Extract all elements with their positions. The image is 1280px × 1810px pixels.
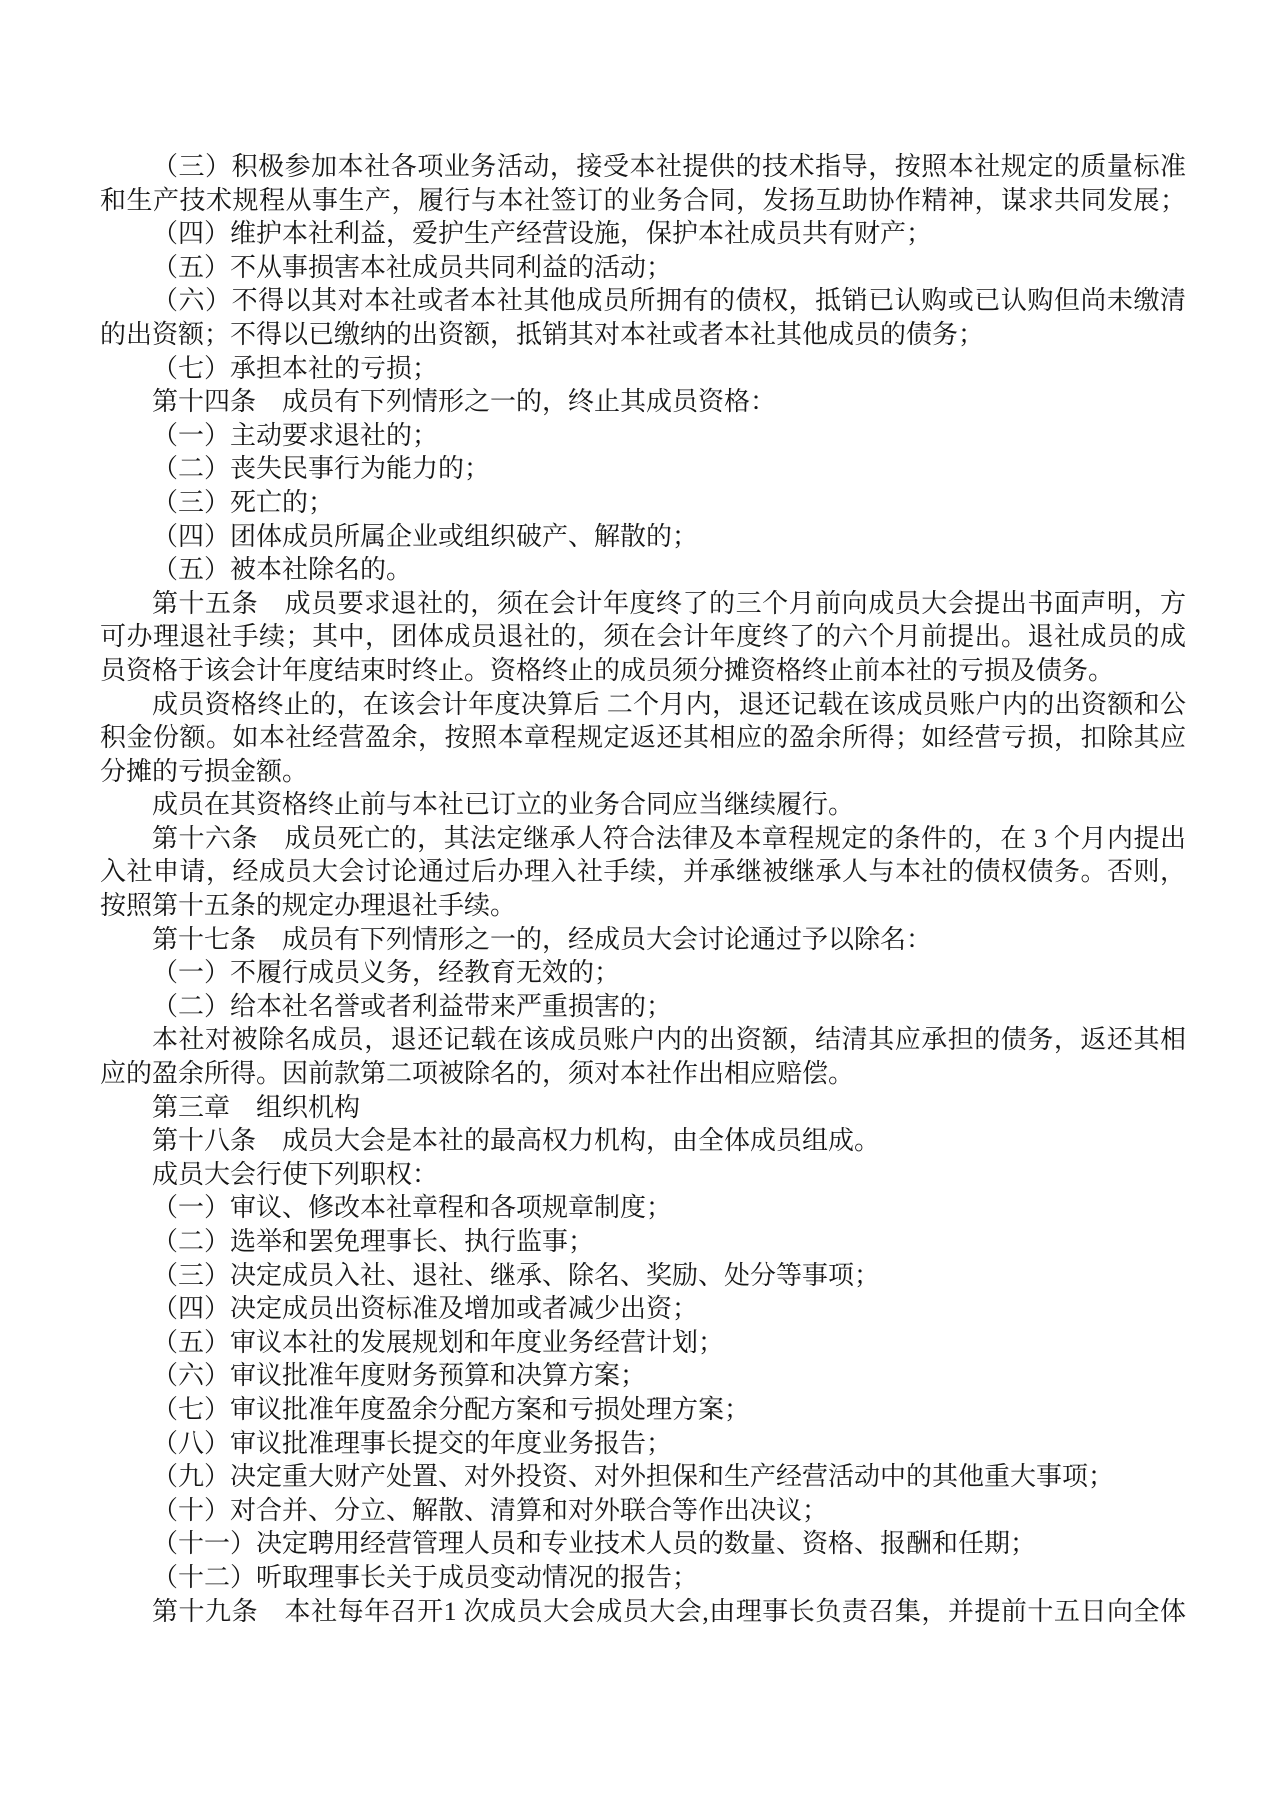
text-line: 第十五条 成员要求退社的，须在会计年度终了的三个月前向成员大会提出书面声明，方 (100, 587, 1186, 621)
text-line: 入社申请，经成员大会讨论通过后办理入社手续，并承继被继承人与本社的债权债务。否则… (100, 855, 1186, 889)
document-page: （三）积极参加本社各项业务活动，接受本社提供的技术指导，按照本社规定的质量标准和… (0, 0, 1280, 1810)
text-line: 第三章 组织机构 (100, 1091, 1186, 1125)
text-line: （十）对合并、分立、解散、清算和对外联合等作出决议； (100, 1494, 1186, 1528)
text-line: （五）审议本社的发展规划和年度业务经营计划； (100, 1326, 1186, 1360)
text-line: 积金份额。如本社经营盈余，按照本章程规定返还其相应的盈余所得；如经营亏损，扣除其… (100, 721, 1186, 755)
text-line: 和生产技术规程从事生产，履行与本社签订的业务合同，发扬互助协作精神，谋求共同发展… (100, 184, 1186, 218)
text-line: 员资格于该会计年度结束时终止。资格终止的成员须分摊资格终止前本社的亏损及债务。 (100, 654, 1186, 688)
text-line: （三）积极参加本社各项业务活动，接受本社提供的技术指导，按照本社规定的质量标准 (100, 150, 1186, 184)
text-line: （一）审议、修改本社章程和各项规章制度； (100, 1191, 1186, 1225)
text-line: 应的盈余所得。因前款第二项被除名的，须对本社作出相应赔偿。 (100, 1057, 1186, 1091)
text-line: （五）不从事损害本社成员共同利益的活动； (100, 251, 1186, 285)
text-line: 本社对被除名成员，退还记载在该成员账户内的出资额，结清其应承担的债务，返还其相 (100, 1023, 1186, 1057)
text-line: 成员资格终止的，在该会计年度决算后 二个月内，退还记载在该成员账户内的出资额和公 (100, 688, 1186, 722)
text-line: （十一）决定聘用经营管理人员和专业技术人员的数量、资格、报酬和任期； (100, 1527, 1186, 1561)
text-line: 第十九条 本社每年召开1 次成员大会成员大会,由理事长负责召集，并提前十五日向全… (100, 1595, 1186, 1629)
text-line: （六）审议批准年度财务预算和决算方案； (100, 1359, 1186, 1393)
text-line: 按照第十五条的规定办理退社手续。 (100, 889, 1186, 923)
text-line: 成员在其资格终止前与本社已订立的业务合同应当继续履行。 (100, 788, 1186, 822)
text-line: （十二）听取理事长关于成员变动情况的报告； (100, 1561, 1186, 1595)
text-line: （二）选举和罢免理事长、执行监事； (100, 1225, 1186, 1259)
text-line: （二）给本社名誉或者利益带来严重损害的； (100, 990, 1186, 1024)
text-line: 的出资额；不得以已缴纳的出资额，抵销其对本社或者本社其他成员的债务； (100, 318, 1186, 352)
text-line: （二）丧失民事行为能力的； (100, 452, 1186, 486)
text-line: 第十八条 成员大会是本社的最高权力机构，由全体成员组成。 (100, 1124, 1186, 1158)
text-line: （一）不履行成员义务，经教育无效的； (100, 956, 1186, 990)
document-text: （三）积极参加本社各项业务活动，接受本社提供的技术指导，按照本社规定的质量标准和… (100, 150, 1186, 1628)
text-line: （四）决定成员出资标准及增加或者减少出资； (100, 1292, 1186, 1326)
text-line: （九）决定重大财产处置、对外投资、对外担保和生产经营活动中的其他重大事项； (100, 1460, 1186, 1494)
text-line: 第十六条 成员死亡的，其法定继承人符合法律及本章程规定的条件的，在 3 个月内提… (100, 822, 1186, 856)
text-line: （五）被本社除名的。 (100, 553, 1186, 587)
text-line: 第十四条 成员有下列情形之一的，终止其成员资格： (100, 385, 1186, 419)
text-line: 成员大会行使下列职权： (100, 1158, 1186, 1192)
text-line: （八）审议批准理事长提交的年度业务报告； (100, 1427, 1186, 1461)
text-line: （四）维护本社利益，爱护生产经营设施，保护本社成员共有财产； (100, 217, 1186, 251)
text-line: 分摊的亏损金额。 (100, 755, 1186, 789)
text-line: （七）承担本社的亏损； (100, 352, 1186, 386)
text-line: 可办理退社手续；其中，团体成员退社的，须在会计年度终了的六个月前提出。退社成员的… (100, 620, 1186, 654)
text-line: （七）审议批准年度盈余分配方案和亏损处理方案； (100, 1393, 1186, 1427)
text-line: （六）不得以其对本社或者本社其他成员所拥有的债权，抵销已认购或已认购但尚未缴清 (100, 284, 1186, 318)
text-line: （三）决定成员入社、退社、继承、除名、奖励、处分等事项； (100, 1259, 1186, 1293)
text-line: 第十七条 成员有下列情形之一的，经成员大会讨论通过予以除名： (100, 923, 1186, 957)
text-line: （一）主动要求退社的； (100, 419, 1186, 453)
text-line: （三）死亡的； (100, 486, 1186, 520)
text-line: （四）团体成员所属企业或组织破产、解散的； (100, 520, 1186, 554)
